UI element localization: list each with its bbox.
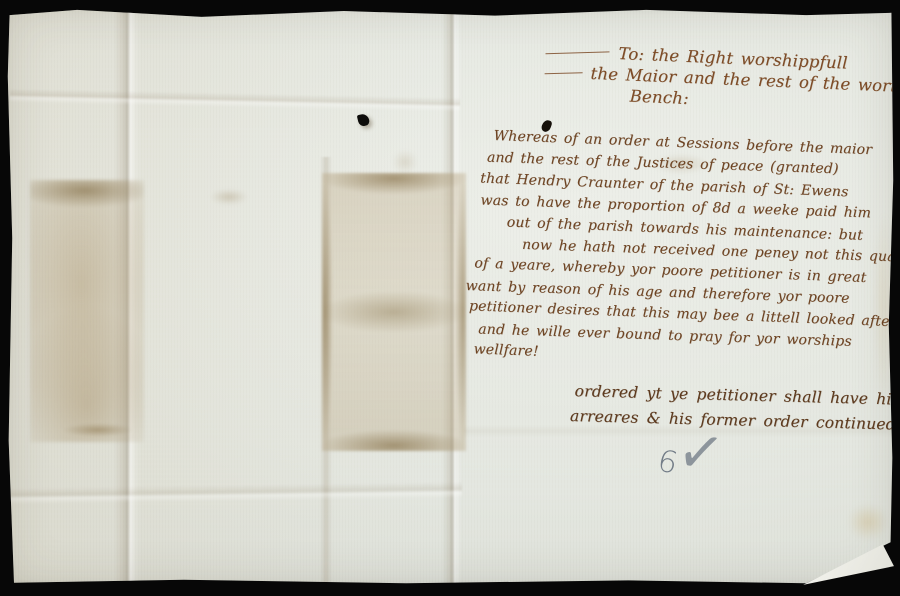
stain-smudge [389, 147, 421, 177]
vertical-fold-crease-stain-edge [320, 157, 332, 587]
damp-stain-center [322, 173, 466, 451]
stain-smudge [204, 187, 254, 207]
ink-hole [357, 113, 371, 127]
stain-smudge [842, 499, 894, 545]
horizontal-fold-crease-bottom [8, 482, 462, 504]
photo-stage: To: the Right worshippfullthe Maior and … [0, 0, 900, 596]
damp-stain-left-bottom-edge [52, 421, 144, 439]
order-note: ordered yt ye petitioner shall have hisa… [570, 379, 900, 438]
address-block: To: the Right worshippfullthe Maior and … [543, 40, 890, 117]
petition-body: Whereas of an order at Sessions before t… [460, 126, 900, 376]
vertical-fold-crease-center [442, 7, 462, 585]
damp-stain-left [30, 180, 144, 442]
vertical-fold-crease-left [114, 11, 142, 583]
horizontal-fold-crease-top [10, 88, 460, 111]
manuscript-sheet: To: the Right worshippfullthe Maior and … [6, 7, 895, 585]
